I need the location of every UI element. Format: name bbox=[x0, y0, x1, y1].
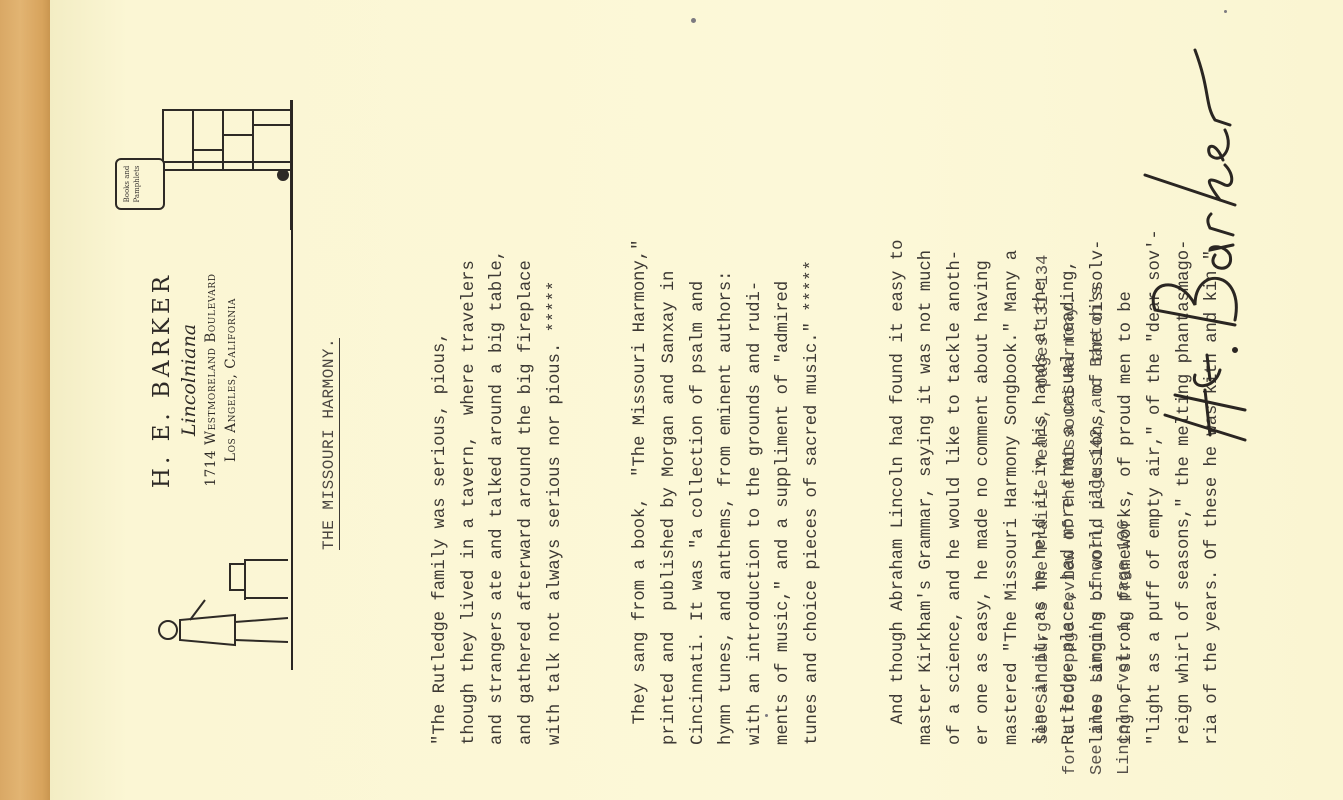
paragraph-missouri-harmony-book: They sang from a book, "The Missouri Har… bbox=[627, 0, 827, 745]
paragraph-rutledge-family: "The Rutledge family was serious, pious,… bbox=[427, 0, 570, 745]
paper-speck bbox=[1224, 10, 1227, 13]
letterhead-text: H. E. BARKER Lincolniana 1714 Westmorela… bbox=[147, 230, 241, 530]
book-binding-edge bbox=[0, 0, 50, 800]
letterhead-name: H. E. BARKER bbox=[147, 230, 177, 530]
rotated-letter-page: H. E. BARKER Lincolniana 1714 Westmorela… bbox=[50, 0, 1293, 800]
lincoln-figure-illustration bbox=[150, 550, 290, 670]
references-note: See Sandburg's The Prairie Years, pages … bbox=[1030, 0, 1138, 775]
paper-speck bbox=[691, 18, 696, 23]
books-and-pamphlets-sign: Books and Pamphlets bbox=[115, 158, 165, 210]
letterhead-address-line2: Los Angeles, California bbox=[221, 230, 241, 530]
handwritten-signature: H. E. Barker bbox=[1135, 30, 1255, 450]
letterhead-address-line1: 1714 Westmoreland Boulevard bbox=[201, 230, 221, 530]
paper-speck bbox=[765, 714, 768, 717]
letterhead: H. E. BARKER Lincolniana 1714 Westmorela… bbox=[95, 100, 290, 670]
document-title: THE MISSOURI HARMONY. bbox=[320, 338, 340, 550]
letterhead-rule bbox=[291, 100, 293, 670]
letterhead-subtitle: Lincolniana bbox=[177, 230, 201, 530]
